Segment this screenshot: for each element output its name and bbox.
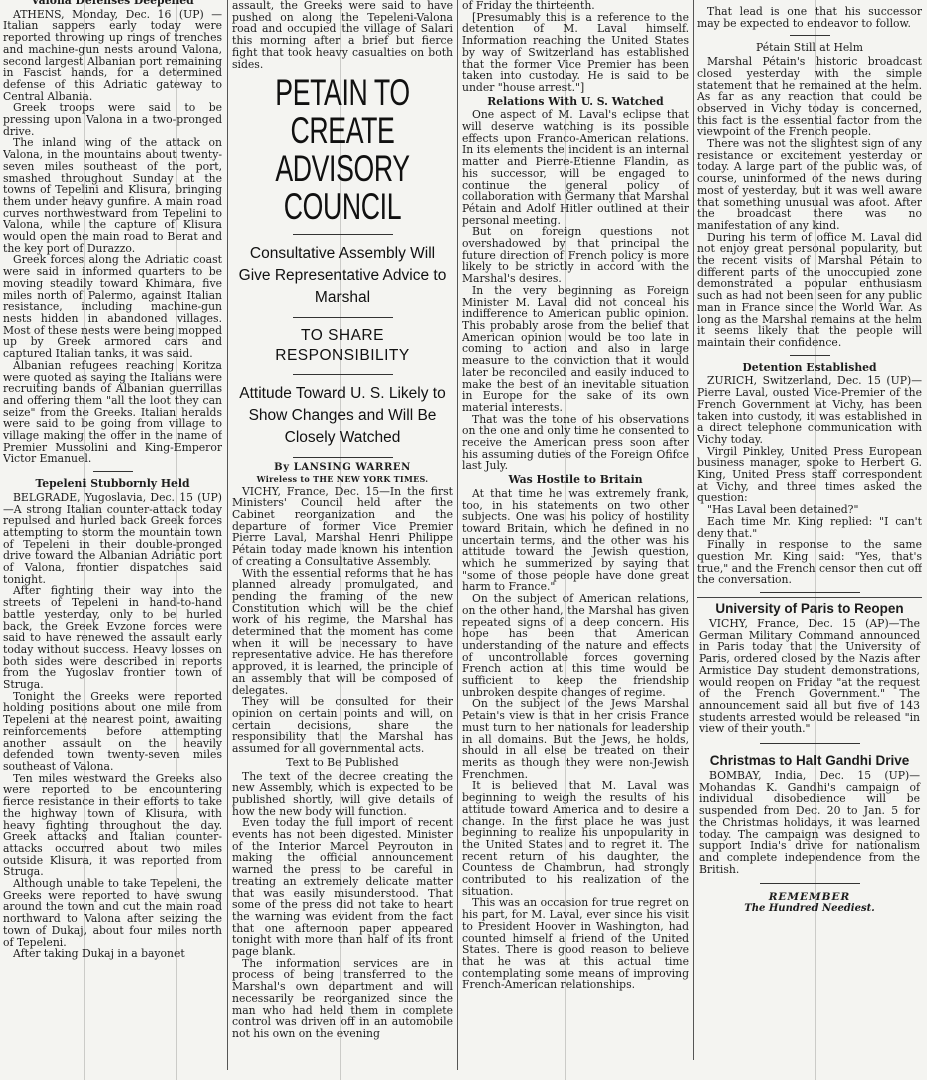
divider bbox=[293, 457, 393, 458]
paragraph: of Friday the thirteenth. bbox=[462, 0, 689, 12]
column-1: Valona Defenses Deepened ATHENS, Monday,… bbox=[3, 0, 222, 1075]
paragraph: The inland wing of the attack on Valona,… bbox=[3, 137, 222, 254]
divider bbox=[760, 883, 860, 884]
paragraph: With the essential reforms that he has p… bbox=[232, 568, 453, 697]
paragraph: Finally in response to the same question… bbox=[697, 539, 922, 586]
brief-box: University of Paris to Reopen VICHY, Fra… bbox=[697, 597, 922, 915]
paragraph: Ten miles westward the Greeks also were … bbox=[3, 773, 222, 878]
paragraph: VICHY, France, Dec. 15 (AP)—The German M… bbox=[699, 618, 920, 735]
paragraph: Although unable to take Tepeleni, the Gr… bbox=[3, 878, 222, 948]
divider bbox=[293, 234, 393, 235]
deck-attitude-toward-us: Attitude Toward U. S. Likely to Show Cha… bbox=[232, 383, 453, 449]
wireless-credit: Wireless to THE NEW YORK TIMES. bbox=[232, 474, 453, 486]
paragraph: This was an occasion for true regret on … bbox=[462, 897, 689, 991]
subhead-tepeleni: Tepeleni Stubbornly Held bbox=[3, 478, 222, 490]
paragraph: ZURICH, Switzerland, Dec. 15 (UP)—Pierre… bbox=[697, 375, 922, 445]
paragraph: [Presumably this is a reference to the d… bbox=[462, 12, 689, 94]
paragraph: After fighting their way into the street… bbox=[3, 585, 222, 690]
remember-label: REMEMBER bbox=[699, 892, 920, 903]
divider bbox=[760, 592, 860, 593]
paragraph: Greek troops were said to be pressing up… bbox=[3, 102, 222, 137]
divider bbox=[293, 374, 393, 375]
paragraph: BELGRADE, Yugoslavia, Dec. 15 (UP)—A str… bbox=[3, 492, 222, 586]
hundred-neediest: The Hundred Neediest. bbox=[699, 903, 920, 915]
paragraph: Tonight the Greeks were reported holding… bbox=[3, 691, 222, 773]
paragraph: Even today the full import of recent eve… bbox=[232, 817, 453, 957]
paragraph: assault, the Greeks were said to have pu… bbox=[232, 0, 453, 70]
paragraph: On the subject of American relations, on… bbox=[462, 593, 689, 698]
byline: By LANSING WARREN bbox=[232, 462, 453, 474]
paragraph: It is believed that M. Laval was beginni… bbox=[462, 780, 689, 897]
paragraph: Greek forces along the Adriatic coast we… bbox=[3, 254, 222, 359]
brief-head-university: University of Paris to Reopen bbox=[699, 600, 920, 618]
divider bbox=[93, 471, 133, 472]
divider bbox=[760, 743, 860, 744]
subhead-hostile-britain: Was Hostile to Britain bbox=[462, 474, 689, 486]
newspaper-clipping: Valona Defenses Deepened ATHENS, Monday,… bbox=[0, 0, 927, 1080]
subhead-relations-us: Relations With U. S. Watched bbox=[462, 96, 689, 108]
paragraph: During his term of office M. Laval did n… bbox=[697, 232, 922, 349]
deck-consultative-assembly: Consultative Assembly Will Give Represen… bbox=[232, 243, 453, 309]
paragraph: BOMBAY, India, Dec. 15 (UP)—Mohandas K. … bbox=[699, 770, 920, 875]
paragraph: Virgil Pinkley, United Press European bu… bbox=[697, 446, 922, 505]
paragraph: At that time he was extremely frank, too… bbox=[462, 488, 689, 593]
column-3: of Friday the thirteenth. [Presumably th… bbox=[462, 0, 689, 1075]
column-rule bbox=[227, 0, 228, 1070]
subhead-detention: Detention Established bbox=[697, 362, 922, 374]
brief-head-gandhi: Christmas to Halt Gandhi Drive bbox=[699, 752, 920, 770]
column-rule bbox=[457, 0, 458, 1070]
paragraph: That was the tone of his observations on… bbox=[462, 414, 689, 473]
deck-share-responsibility: TO SHARE RESPONSIBILITY bbox=[232, 326, 453, 366]
column-4: That lead is one that his successor may … bbox=[697, 0, 922, 1040]
paragraph: There was not the slightest sign of any … bbox=[697, 138, 922, 232]
paragraph: Each time Mr. King replied: "I can't den… bbox=[697, 516, 922, 539]
divider bbox=[293, 317, 393, 318]
paragraph: One aspect of M. Laval's eclipse that wi… bbox=[462, 109, 689, 226]
paragraph: After taking Dukaj in a bayonet bbox=[3, 948, 222, 960]
main-headline: PETAIN TO CREATE ADVISORY COUNCIL bbox=[241, 74, 443, 226]
paragraph: VICHY, France, Dec. 15—In the first Mini… bbox=[232, 486, 453, 568]
paragraph: In the very beginning as Foreign Ministe… bbox=[462, 285, 689, 414]
paragraph: That lead is one that his successor may … bbox=[697, 6, 922, 29]
paragraph: The information services are in process … bbox=[232, 958, 453, 1040]
subhead-petain-helm: Pétain Still at Helm bbox=[697, 42, 922, 54]
paragraph: ATHENS, Monday, Dec. 16 (UP) —Italian sa… bbox=[3, 9, 222, 103]
divider bbox=[790, 355, 830, 356]
subhead-text-published: Text to Be Published bbox=[232, 757, 453, 769]
paragraph: They will be consulted for their opinion… bbox=[232, 696, 453, 755]
paragraph: But on foreign questions not overshadowe… bbox=[462, 226, 689, 285]
column-2: assault, the Greeks were said to have pu… bbox=[232, 0, 453, 1075]
paragraph: The text of the decree creating the new … bbox=[232, 771, 453, 818]
paragraph: Albanian refugees reaching Koritza were … bbox=[3, 360, 222, 465]
paragraph: Marshal Pétain's historic broadcast clos… bbox=[697, 56, 922, 138]
divider bbox=[790, 35, 830, 36]
subhead-valona: Valona Defenses Deepened bbox=[3, 0, 222, 7]
column-rule bbox=[693, 0, 694, 1060]
paragraph: On the subject of the Jews Marshal Petai… bbox=[462, 698, 689, 780]
